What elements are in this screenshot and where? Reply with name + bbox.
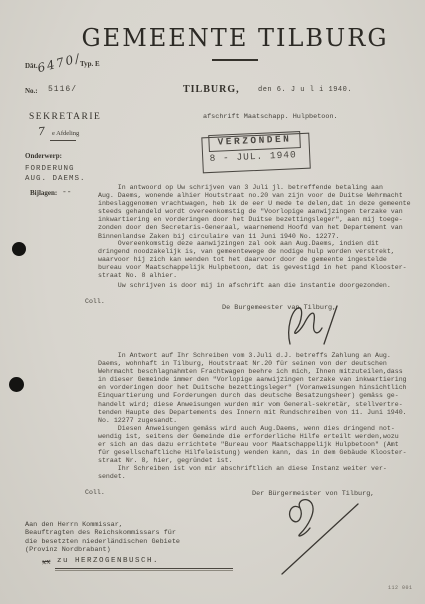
german-paragraph-3: Ihr Schreiben ist von mir abschriftlich … (98, 465, 416, 481)
dutch-paragraph-2: Overeenkomstig deze aanwijzingen zal ook… (98, 240, 416, 280)
attachments-label: Bijlagen: (30, 189, 57, 197)
attachments-value: -- (62, 188, 72, 197)
recipient-city: zu HERZOGENBUSCH. (57, 557, 159, 565)
afdeling-divider (50, 140, 76, 141)
recipient-underline (55, 568, 233, 569)
subject-label: Onderwerp: (25, 152, 62, 160)
subject-value: FORDERUNG AUG. DAEMS. (25, 164, 86, 184)
dutch-paragraph-3: Uw schrijven is door mij in afschrift aa… (98, 282, 416, 290)
recipient-address: Aan den Herrn Kommissar, Beauftragten de… (25, 521, 180, 554)
number-field-value: 5116/ (48, 85, 77, 94)
dutch-paragraph-1: In antwoord op Uw schrijven van 3 Juli j… (98, 184, 416, 241)
date-field-handwritten-value: 6470/ (36, 51, 83, 75)
print-code: 112 001 (388, 585, 413, 591)
strikeout-mark: xx (42, 557, 51, 567)
signature-scribble-german (270, 492, 366, 578)
title-divider (212, 59, 258, 61)
letter-page: GEMEENTE TILBURG Dāt. 6470/ Typ. E No.: … (0, 0, 425, 604)
verzonden-stamp: VERZONDEN 8 - JUL. 1940 (201, 131, 311, 174)
place-name: TILBURG, (183, 84, 240, 95)
coll-mark-dutch: Coll. (85, 298, 105, 305)
coll-mark-german: Coll. (85, 489, 105, 496)
recipient-underline-echo (55, 570, 233, 571)
afdeling-label: e Afdeling (52, 130, 79, 137)
hole-punch-dot-top (12, 242, 26, 256)
hole-punch-dot-bottom (9, 377, 24, 392)
letter-date: den 6. J u l i 1940. (258, 86, 352, 94)
department-label: SEKRETARIE (29, 112, 101, 122)
signature-scribble-dutch (282, 300, 340, 352)
typ-field-label: Typ. E (80, 60, 100, 68)
german-paragraph-1: In Antwort auf Ihr Schreiben vom 3.Juli … (98, 352, 416, 425)
number-field-label: No.: (25, 87, 38, 95)
afdeling-number-handwritten: 7 (38, 125, 46, 138)
copy-note: afschrift Maatschapp. Hulpbetoon. (203, 113, 338, 121)
german-paragraph-2: Diesen Anweisungen gemäss wird auch Aug.… (98, 425, 416, 465)
letterhead-title: GEMEENTE TILBURG (45, 24, 425, 52)
